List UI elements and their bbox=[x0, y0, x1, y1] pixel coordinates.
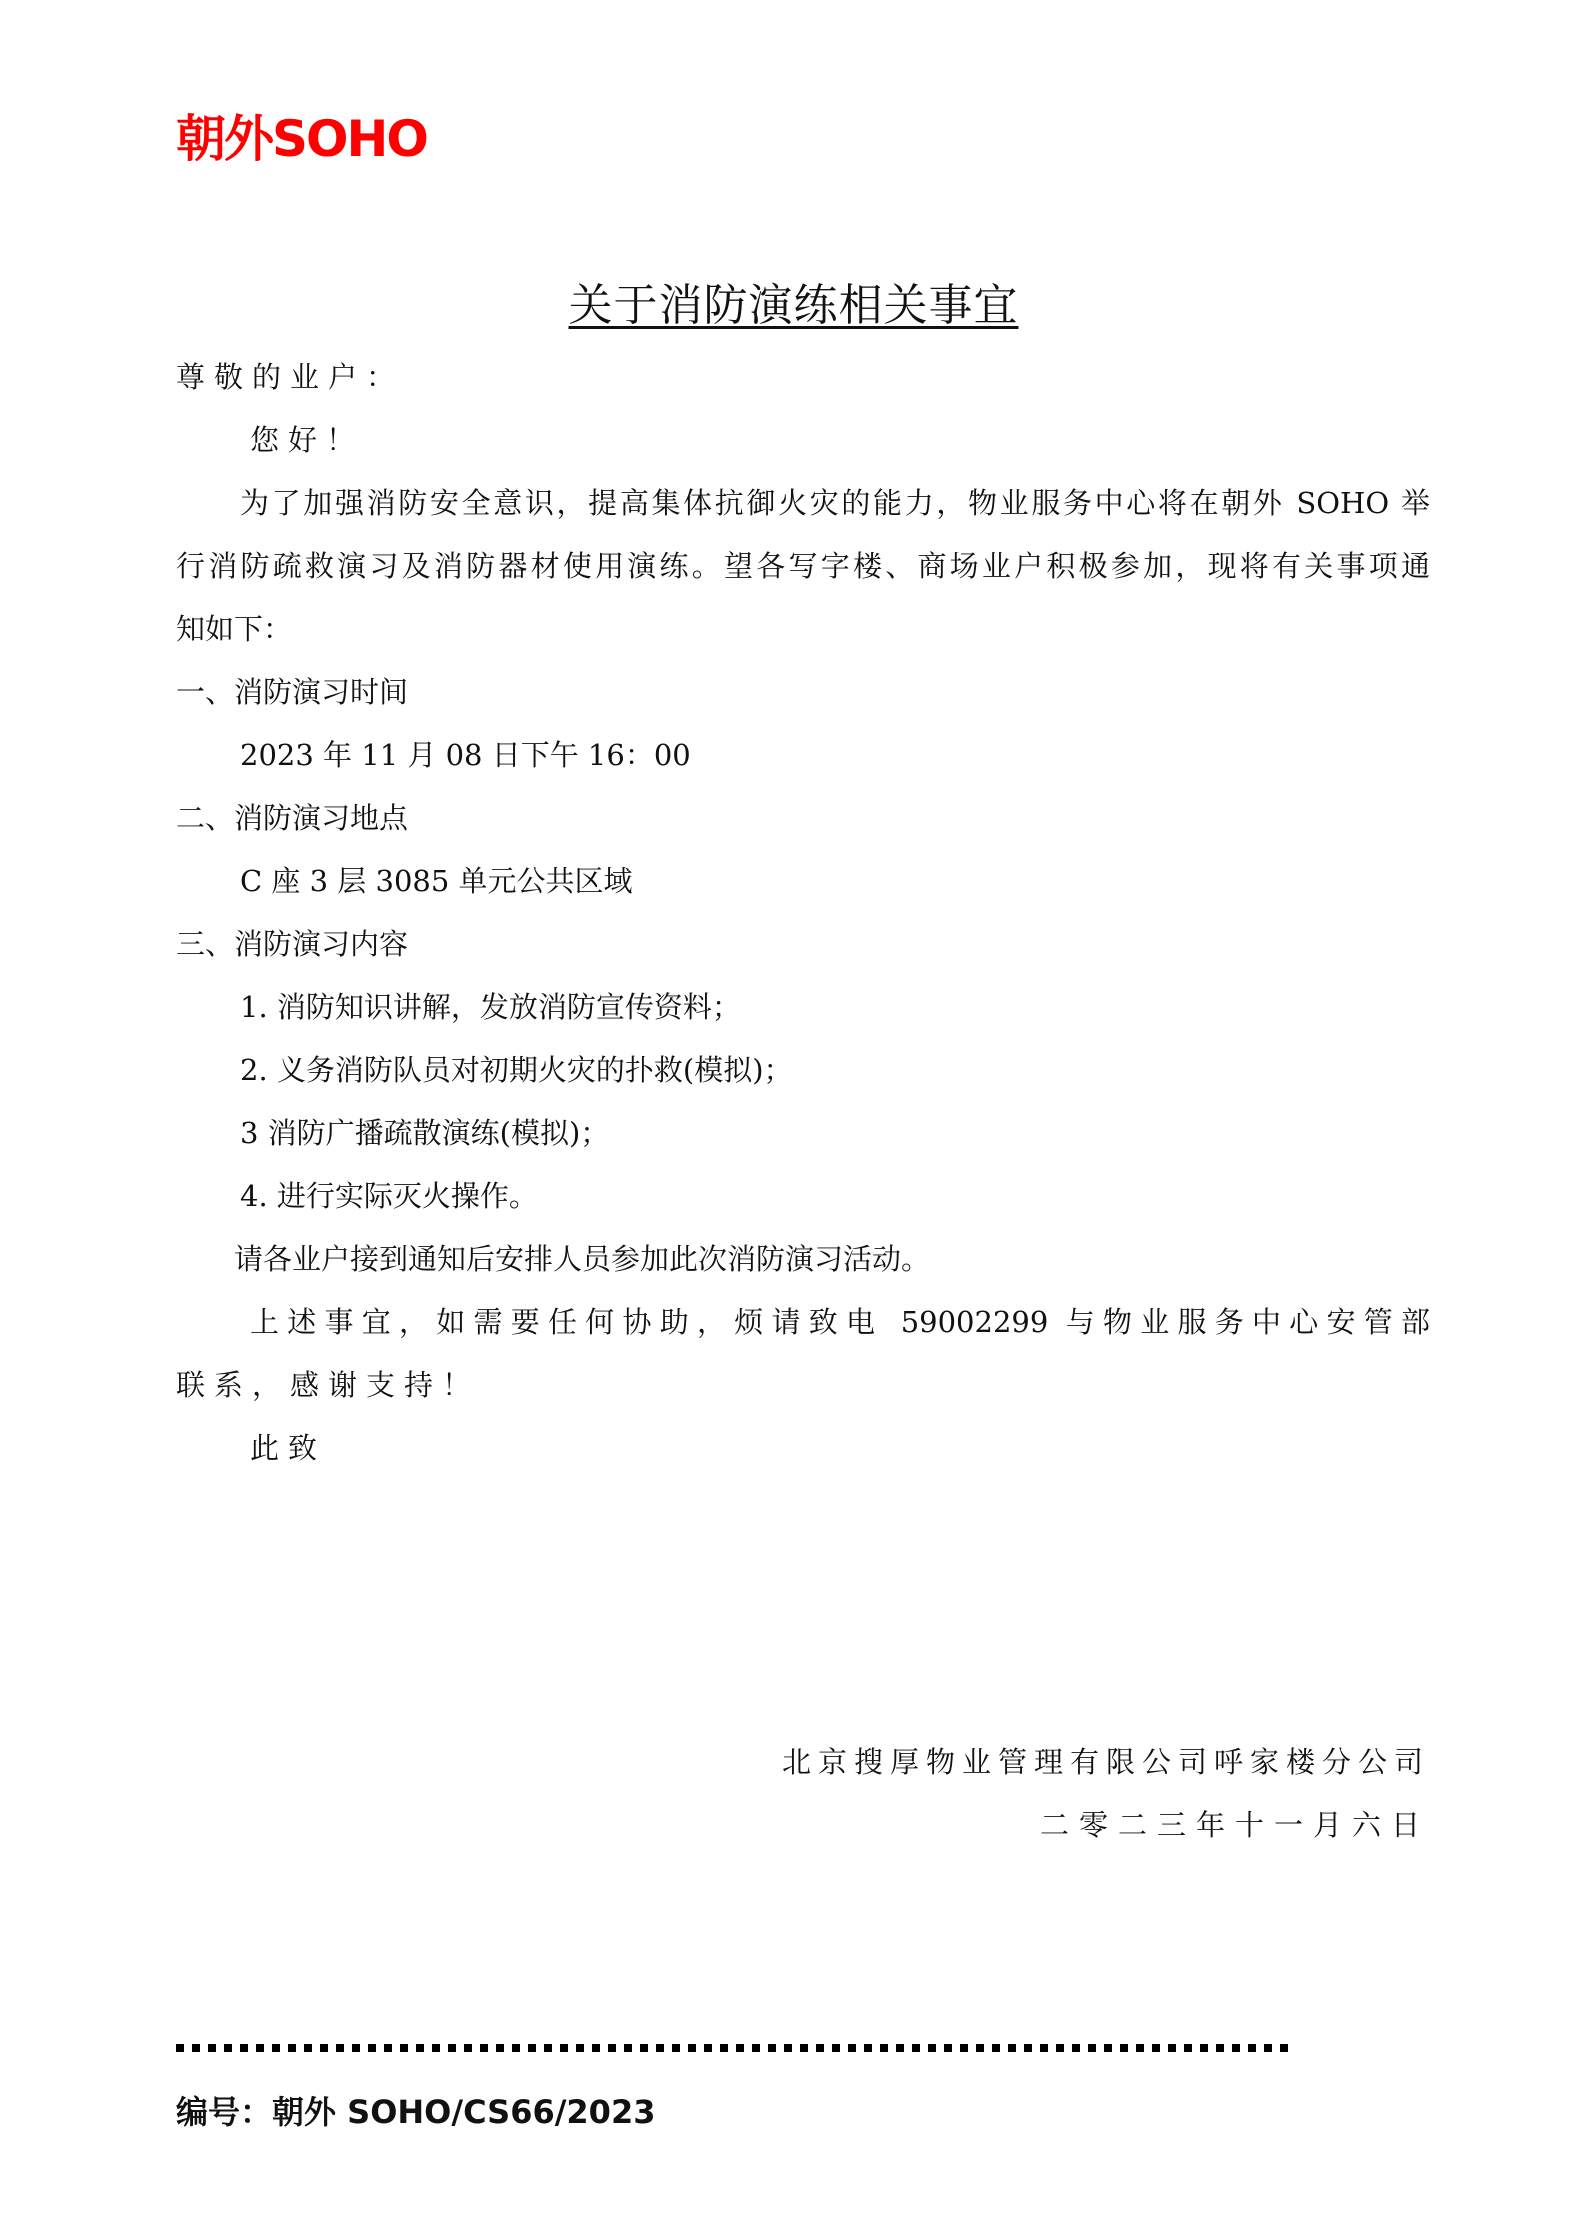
section-heading-location: 二、消防演习地点 bbox=[176, 798, 408, 838]
content-item-3: 3 消防广播疏散演练(模拟)； bbox=[240, 1113, 609, 1153]
content-item-4: 4. 进行实际灭火操作。 bbox=[240, 1176, 538, 1216]
request-paragraph: 请各业户接到通知后安排人员参加此次消防演习活动。 bbox=[234, 1239, 930, 1279]
contact-paragraph-line-2: 联系，感谢支持！ bbox=[176, 1365, 480, 1405]
salutation: 尊敬的业户： bbox=[176, 357, 404, 397]
content-item-2: 2. 义务消防队员对初期火灾的扑救(模拟)； bbox=[240, 1050, 793, 1090]
greeting: 您好！ bbox=[250, 420, 364, 460]
contact-paragraph-line-1: 上述事宜，如需要任何协助，烦请致电 59002299 与物业服务中心安管部 bbox=[176, 1302, 1430, 1342]
intro-paragraph-line-2: 行消防疏救演习及消防器材使用演练。望各写字楼、商场业户积极参加，现将有关事项通 bbox=[176, 546, 1430, 586]
intro-paragraph-line-3: 知如下： bbox=[176, 609, 292, 649]
section-heading-time: 一、消防演习时间 bbox=[176, 672, 408, 712]
content-item-1: 1. 消防知识讲解，发放消防宣传资料； bbox=[240, 987, 741, 1027]
closing-phrase: 此致 bbox=[250, 1428, 326, 1468]
drill-location: C 座 3 层 3085 单元公共区域 bbox=[240, 861, 633, 901]
document-title: 关于消防演练相关事宜 bbox=[0, 278, 1587, 334]
document-number: 编号：朝外 SOHO/CS66/2023 bbox=[176, 2092, 655, 2132]
signature-date: 二零二三年十一月六日 bbox=[1040, 1805, 1430, 1845]
intro-paragraph-line-1: 为了加强消防安全意识，提高集体抗御火灾的能力，物业服务中心将在朝外 SOHO 举 bbox=[176, 483, 1430, 523]
document-title-text: 关于消防演练相关事宜 bbox=[569, 280, 1019, 331]
signature-company: 北京搜厚物业管理有限公司呼家楼分公司 bbox=[782, 1742, 1430, 1782]
drill-time: 2023 年 11 月 08 日下午 16：00 bbox=[240, 735, 691, 775]
brand-logo: 朝外SOHO bbox=[176, 110, 427, 168]
section-heading-content: 三、消防演习内容 bbox=[176, 924, 408, 964]
footer-dotted-divider bbox=[176, 2044, 1288, 2052]
